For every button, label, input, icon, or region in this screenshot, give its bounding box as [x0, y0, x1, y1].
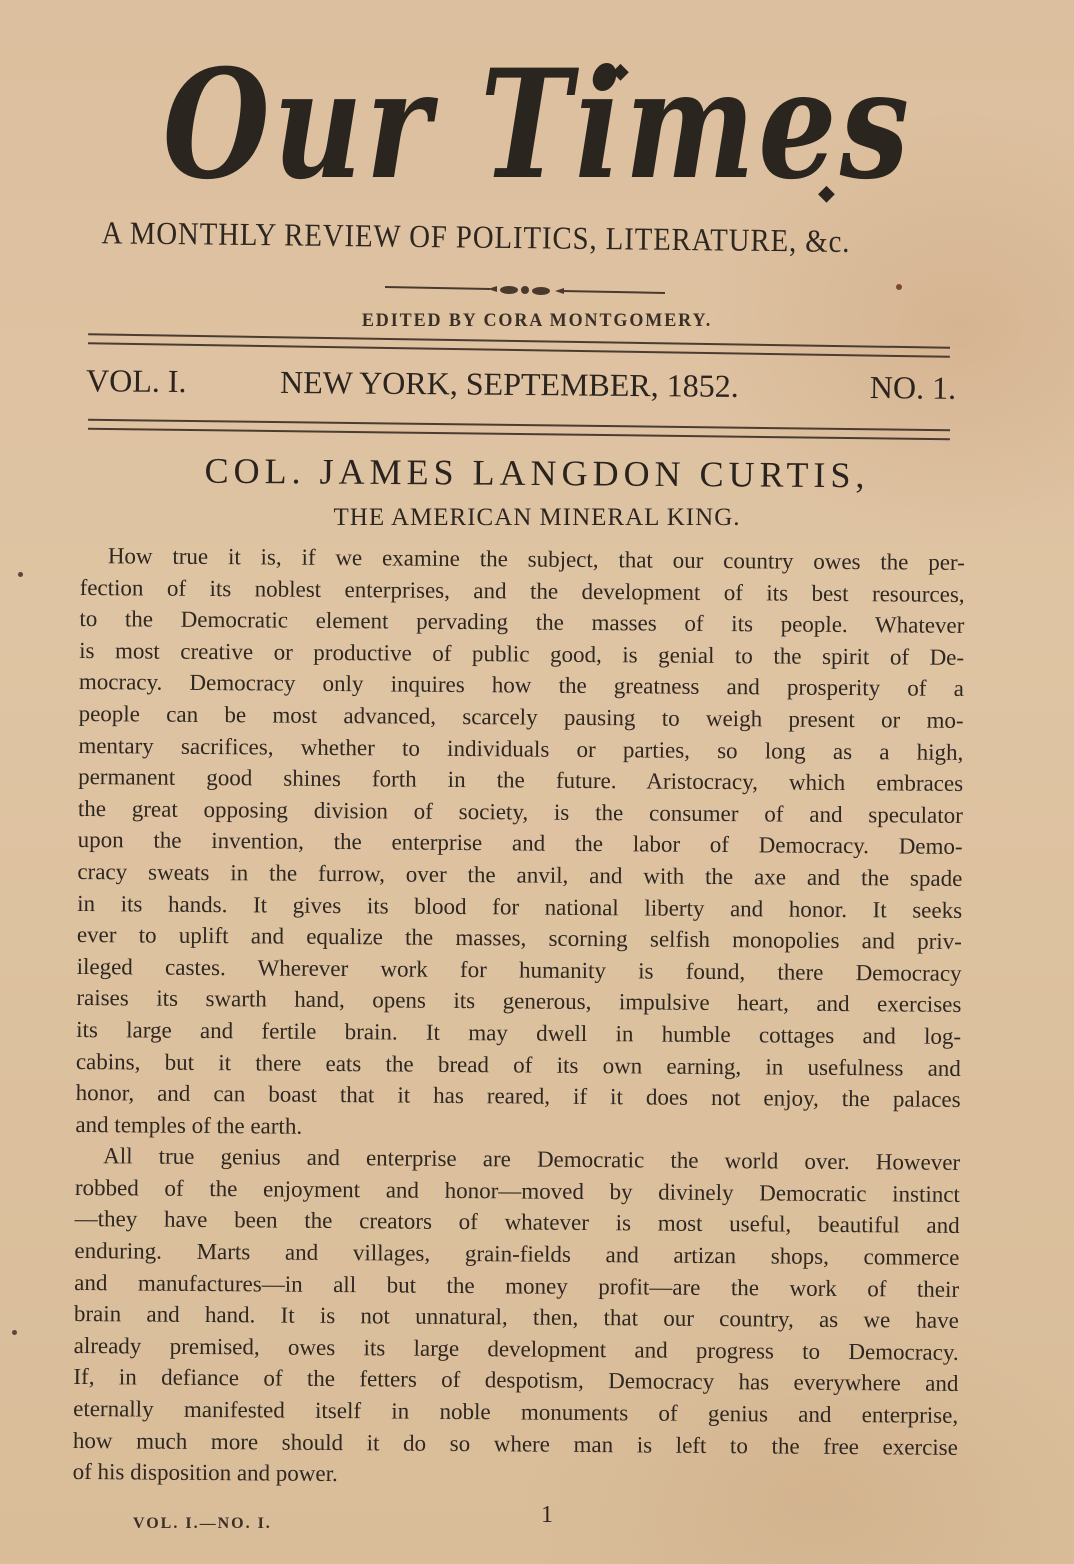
- paper-speck: [18, 572, 23, 577]
- paragraph: All true genius and enterprise are Democ…: [73, 1140, 961, 1494]
- paper-speck: [12, 1330, 17, 1335]
- text-line: of his disposition and power.: [73, 1456, 958, 1495]
- article-title: COL. JAMES LANGDON CURTIS,: [0, 448, 1074, 497]
- place-date-label: NEW YORK, SEPTEMBER, 1852.: [280, 364, 739, 405]
- double-rule-divider: [88, 419, 950, 441]
- document-page: Our Times ◆ ◆ A MONTHLY REVIEW OF POLITI…: [0, 0, 1074, 1564]
- editor-credit: EDITED BY CORA MONTGOMERY.: [27, 310, 1047, 332]
- page-number: 1: [541, 1502, 553, 1529]
- issue-line: VOL. I. NEW YORK, SEPTEMBER, 1852. NO. 1…: [86, 362, 956, 420]
- volume-label: VOL. I.: [86, 362, 187, 400]
- ornament-diamond-icon: ◆: [612, 58, 629, 84]
- issue-number-label: NO. 1.: [870, 369, 957, 407]
- double-rule-divider: [88, 333, 950, 358]
- ornament-diamond-icon: ◆: [818, 180, 835, 206]
- masthead-subtitle: A MONTHLY REVIEW OF POLITICS, LITERATURE…: [80, 214, 872, 260]
- signature-mark: VOL. I.—NO. I.: [133, 1515, 272, 1533]
- masthead-title: Our Times: [97, 30, 978, 220]
- paper-speck: [896, 284, 902, 290]
- ornament-rule-icon: [385, 280, 665, 300]
- article-subtitle: THE AMERICAN MINERAL KING.: [0, 504, 1074, 532]
- article-body: How true it is, if we examine the subjec…: [73, 540, 965, 1495]
- paragraph: How true it is, if we examine the subjec…: [75, 540, 965, 1147]
